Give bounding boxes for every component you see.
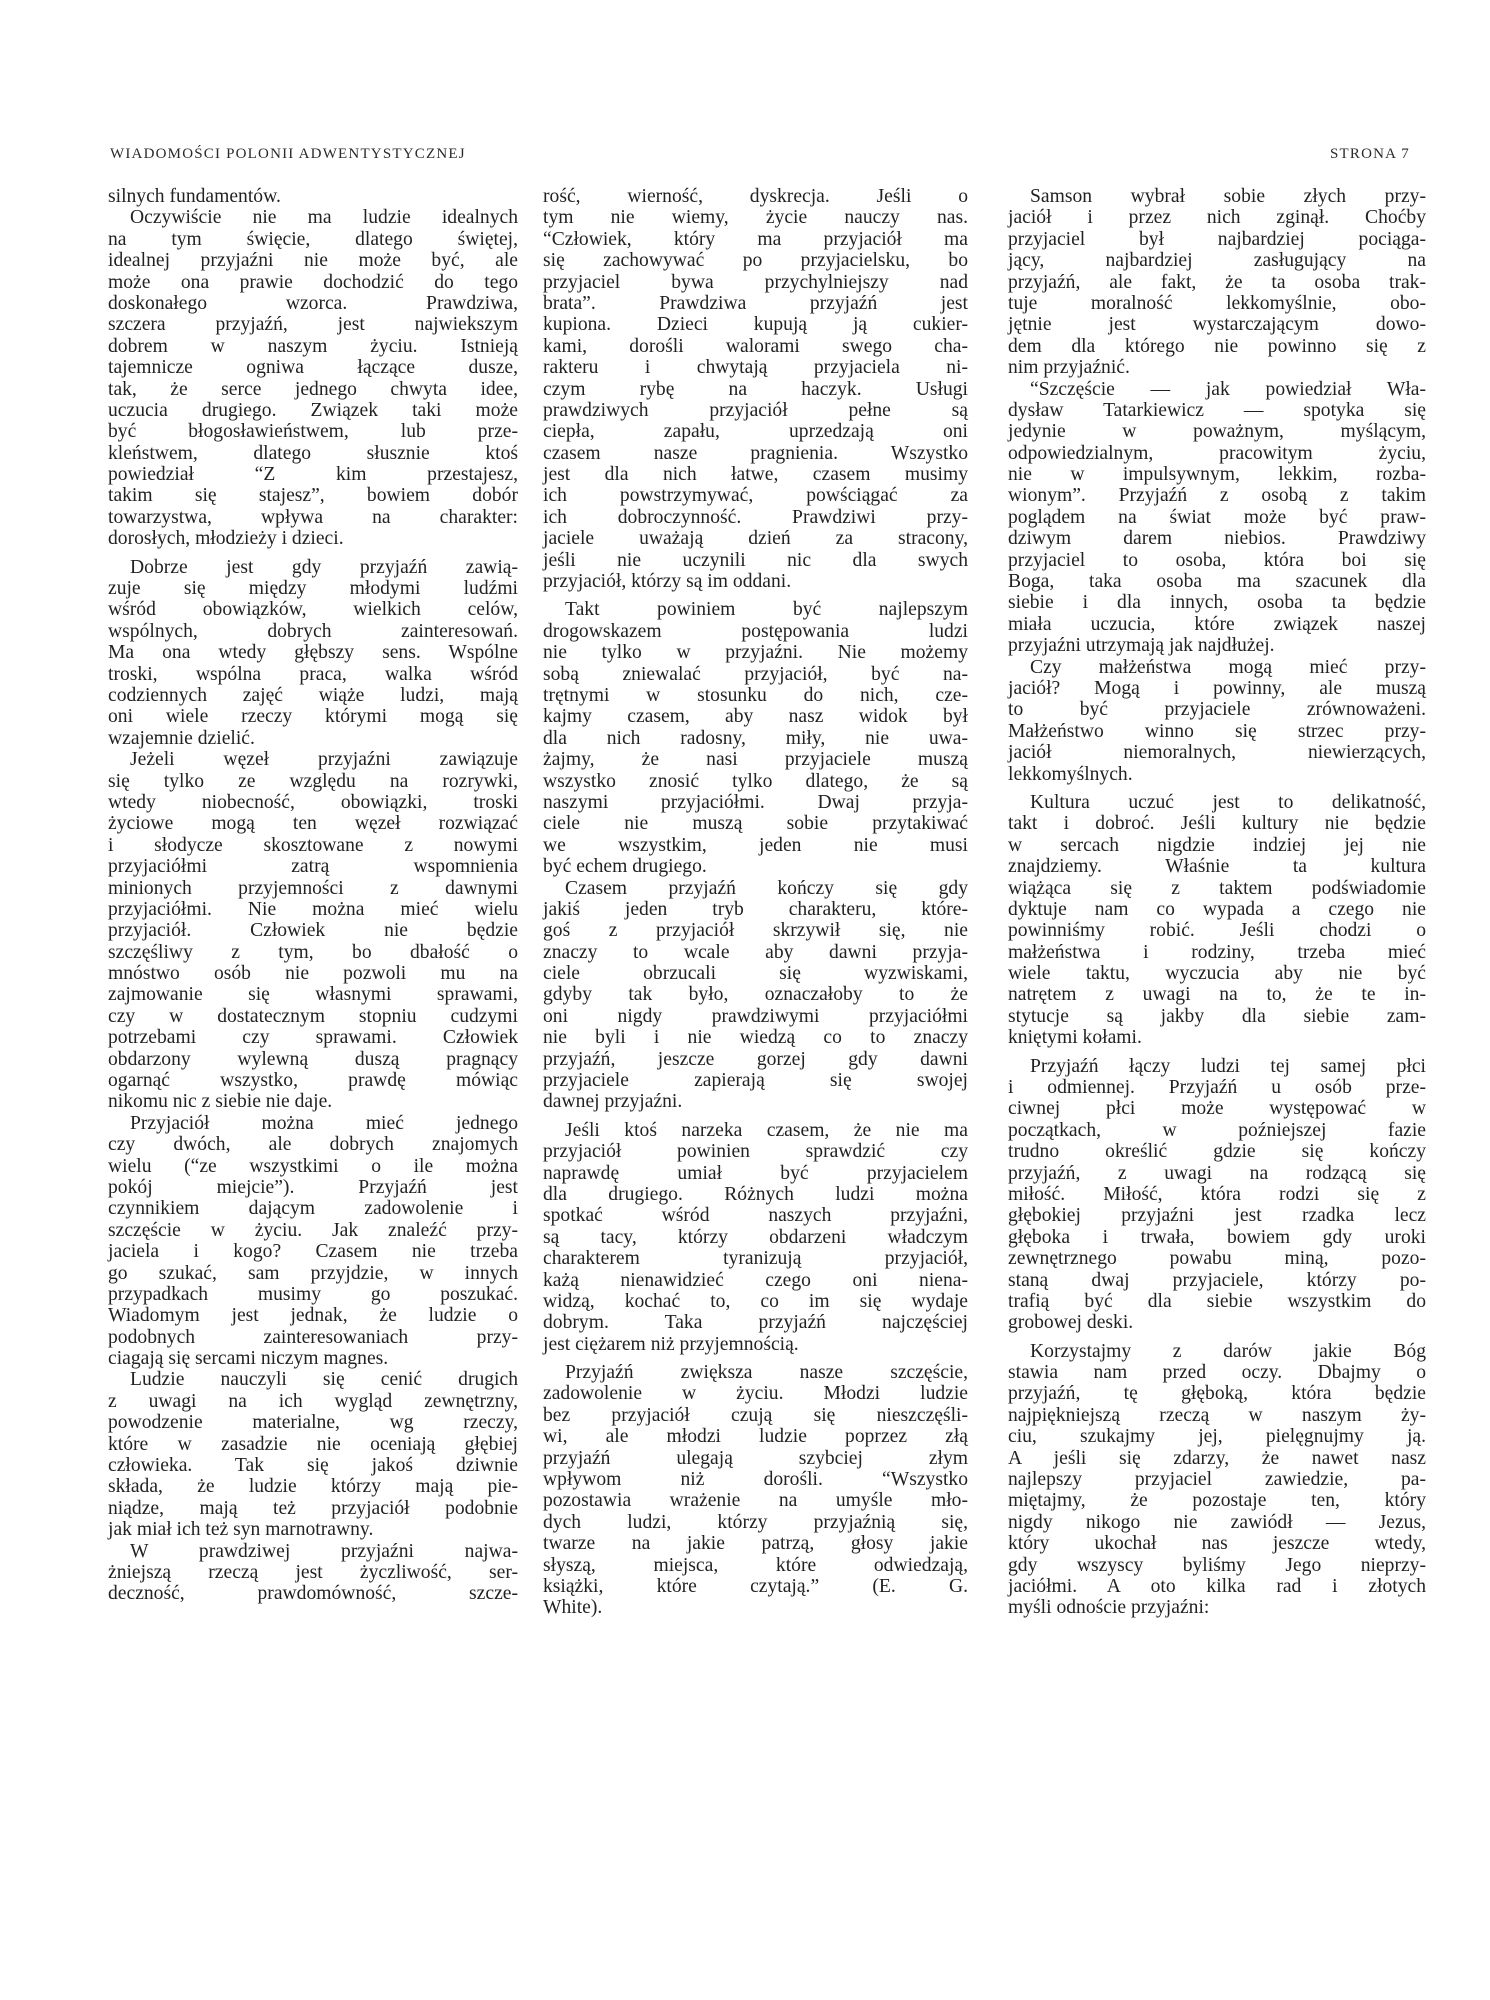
text-line: go szukać, sam przyjdzie, w innych (108, 1263, 518, 1284)
text-line: jest ciężarem niż przyjemnością. (543, 1334, 968, 1355)
text-line: jaciół niemoralnych, niewierzących, (1008, 742, 1426, 763)
text-column-2: rość, wierność, dyskrecja. Jeśli otym ni… (543, 186, 968, 1619)
text-line: dobrym. Taka przyjaźń najczęściej (543, 1312, 968, 1333)
text-line: doskonałego wzorca. Prawdziwa, (108, 293, 518, 314)
text-line: ciele obrzucali się wyzwiskami, (543, 963, 968, 984)
text-line: dysław Tatarkiewicz — spotyka się (1008, 400, 1426, 421)
text-line: odpowiedzialnym, pracowitym życiu, (1008, 443, 1426, 464)
text-line: jest dla nich łatwe, czasem musimy (543, 464, 968, 485)
text-line: przyjaźń, z uwagi na rodzącą się (1008, 1163, 1426, 1184)
text-line: widzą, kochać to, co im się wydaje (543, 1291, 968, 1312)
text-line: ich dobroczynność. Prawdziwi przy- (543, 507, 968, 528)
paragraph-first-line: Oczywiście nie ma ludzie idealnych (108, 207, 518, 228)
text-line: dla nich radosny, miły, nie uwa- (543, 728, 968, 749)
text-line: przyjaźni utrzymają jak najdłużej. (1008, 635, 1426, 656)
text-line: stytucje są jakby dla siebie zam- (1008, 1006, 1426, 1027)
text-line: takim się stajesz”, bowiem dobór (108, 485, 518, 506)
text-line: szczera przyjaźń, jest najwiekszym (108, 314, 518, 335)
text-line: przyjaciół powinien sprawdzić czy (543, 1141, 968, 1162)
text-line: trudno określić gdzie się kończy (1008, 1141, 1426, 1162)
text-line: trafią być dla siebie wszystkim do (1008, 1291, 1426, 1312)
text-line: gdy wszyscy byliśmy Jego nieprzy- (1008, 1555, 1426, 1576)
paragraph-first-line: W prawdziwej przyjaźni najwa- (108, 1541, 518, 1562)
text-line: pokój miejcie”). Przyjaźń jest (108, 1177, 518, 1198)
text-line: jeśli nie uczynili nic dla swych (543, 550, 968, 571)
text-line: kniętymi kołami. (1008, 1027, 1426, 1048)
text-line: jaciół? Mogą i powinny, ale muszą (1008, 678, 1426, 699)
text-line: dziwym darem niebios. Prawdziwy (1008, 528, 1426, 549)
text-line: przyjaciół, którzy są im oddani. (543, 571, 968, 592)
text-line: “Człowiek, który ma przyjaciół ma (543, 229, 968, 250)
text-line: goś z przyjaciół skrzywił się, nie (543, 920, 968, 941)
text-line: nikomu nic z siebie nie daje. (108, 1091, 518, 1112)
text-line: najpiękniejszą rzeczą w naszym ży- (1008, 1405, 1426, 1426)
text-line: być echem drugiego. (543, 856, 968, 877)
text-line: powinniśmy robić. Jeśli chodzi o (1008, 920, 1426, 941)
text-line: przypadkach musimy go poszukać. (108, 1284, 518, 1305)
text-line: powiedział “Z kim przestajesz, (108, 464, 518, 485)
text-line: głębokiej przyjaźni jest rzadka lecz (1008, 1205, 1426, 1226)
text-line: ich powstrzymywać, powściągać za (543, 485, 968, 506)
text-line: jaciele uważają dzień za stracony, (543, 528, 968, 549)
text-column-3: Samson wybrał sobie złych przy-jaciół i … (1008, 186, 1426, 1619)
text-line: książki, które czytają.” (E. G. (543, 1576, 968, 1597)
text-line: szczęśliwy z tym, bo dbałość o (108, 942, 518, 963)
text-line: Małżeństwo winno się strzec przy- (1008, 721, 1426, 742)
text-line: nim przyjaźnić. (1008, 357, 1426, 378)
text-line: podobnych zainteresowaniach przy- (108, 1327, 518, 1348)
text-line: dyktuje nam co wypada a czego nie (1008, 899, 1426, 920)
text-line: prawdziwych przyjaciół pełne są (543, 400, 968, 421)
text-line: oni nigdy prawdziwymi przyjaciółmi (543, 1006, 968, 1027)
text-line: dla drugiego. Różnych ludzi można (543, 1184, 968, 1205)
paragraph-first-line: Dobrze jest gdy przyjaźń zawią- (108, 557, 518, 578)
text-line: troski, wspólna praca, walka wśród (108, 664, 518, 685)
paragraph-first-line: Kultura uczuć jest to delikatność, (1008, 792, 1426, 813)
text-line: zuje się między młodymi ludźmi (108, 578, 518, 599)
text-line: jakiś jeden tryb charakteru, które- (543, 899, 968, 920)
text-line: najlepszy przyjaciel zawiedzie, pa- (1008, 1469, 1426, 1490)
text-line: małżeństwa i rodziny, trzeba mieć (1008, 942, 1426, 963)
text-line: we wszystkim, jeden nie musi (543, 835, 968, 856)
paragraph-first-line: Przyjaciół można mieć jednego (108, 1113, 518, 1134)
text-line: codziennych zajęć wiąże ludzi, mają (108, 685, 518, 706)
text-line: ciwnej płci może występować w (1008, 1098, 1426, 1119)
text-line: tajemnicze ogniwa łączące dusze, (108, 357, 518, 378)
text-line: niądze, mają też przyjaciół podobnie (108, 1498, 518, 1519)
text-line: każą nienawidzieć czego oni niena- (543, 1270, 968, 1291)
text-line: czy w dostatecznym stopniu cudzymi (108, 1006, 518, 1027)
text-line: to być przyjaciele zrównoważeni. (1008, 699, 1426, 720)
text-line: wielu (“ze wszystkimi o ile można (108, 1156, 518, 1177)
text-line: początkach, w poźniejszej fazie (1008, 1120, 1426, 1141)
text-line: wionym”. Przyjaźń z osobą z takim (1008, 485, 1426, 506)
text-line: przyjaciół. Człowiek nie będzie (108, 920, 518, 941)
text-line: naprawdę umiał być przyjacielem (543, 1163, 968, 1184)
text-line: wpływom niż dorośli. “Wszystko (543, 1469, 968, 1490)
text-line: jedynie w poważnym, myślącym, (1008, 421, 1426, 442)
text-line: czy dwóch, ale dobrych znajomych (108, 1134, 518, 1155)
paragraph-first-line: Czasem przyjaźń kończy się gdy (543, 878, 968, 899)
text-line: deczność, prawdomówność, szcze- (108, 1583, 518, 1604)
text-line: minionych przyjemności z dawnymi (108, 878, 518, 899)
text-line: przyjaciel bywa przychylniejszy nad (543, 272, 968, 293)
text-line: dorosłych, młodzieży i dzieci. (108, 528, 518, 549)
text-line: żajmy, że nasi przyjaciele muszą (543, 749, 968, 770)
text-line: na tym święcie, dlatego świętej, (108, 229, 518, 250)
text-line: nie w impulsywnym, lekkim, rozba- (1008, 464, 1426, 485)
text-line: wzajemnie dzielić. (108, 728, 518, 749)
text-line: z uwagi na ich wygląd zewnętrzny, (108, 1391, 518, 1412)
text-line: staną dwaj przyjaciele, którzy po- (1008, 1270, 1426, 1291)
text-line: obdarzony wylewną duszą pragnący (108, 1049, 518, 1070)
text-line: oni wiele rzeczy którymi mogą się (108, 706, 518, 727)
text-line: dawnej przyjaźni. (543, 1091, 968, 1112)
text-line: w sercach nigdzie indziej jej nie (1008, 835, 1426, 856)
text-line: natrętem z uwagi na to, że te in- (1008, 984, 1426, 1005)
text-line: ciepła, zapału, uprzedzają oni (543, 421, 968, 442)
text-line: silnych fundamentów. (108, 186, 518, 207)
text-line: miała uczucia, które związek naszej (1008, 614, 1426, 635)
text-line: Boga, taka osoba ma szacunek dla (1008, 571, 1426, 592)
text-line: jętnie jest wystarczającym dowo- (1008, 314, 1426, 335)
text-line: bez przyjaciół czują się nieszczęśli- (543, 1405, 968, 1426)
text-line: zewnętrznego powabu miną, pozo- (1008, 1248, 1426, 1269)
text-line: trętnymi w stosunku do nich, cze- (543, 685, 968, 706)
text-line: być błogosławieństwem, lub prze- (108, 421, 518, 442)
text-line: czynnikiem dającym zadowolenie i (108, 1198, 518, 1219)
text-line: grobowej deski. (1008, 1312, 1426, 1333)
text-line: A jeśli się zdarzy, że nawet nasz (1008, 1448, 1426, 1469)
text-line: może ona prawie dochodzić do tego (108, 272, 518, 293)
text-line: wiążąca się z taktem podświadomie (1008, 878, 1426, 899)
page-number: STRONA 7 (1330, 146, 1410, 163)
text-line: są tacy, którzy obdarzeni władczym (543, 1227, 968, 1248)
text-line: się tylko ze względu na rozrywki, (108, 771, 518, 792)
text-line: dobrem w naszym życiu. Istnieją (108, 336, 518, 357)
text-line: ciu, szukajmy jej, pielęgnujmy ją. (1008, 1426, 1426, 1447)
text-line: żniejszą rzeczą jest życzliwość, ser- (108, 1562, 518, 1583)
publication-title: WIADOMOŚCI POLONII ADWENTYSTYCZNEJ (110, 146, 466, 163)
paragraph-first-line: Samson wybrał sobie złych przy- (1008, 186, 1426, 207)
paragraph-first-line: Ludzie nauczyli się cenić drugich (108, 1369, 518, 1390)
text-line: spotkać wśród naszych przyjaźni, (543, 1205, 968, 1226)
text-line: wspólnych, dobrych zainteresowań. (108, 621, 518, 642)
text-line: brata”. Prawdziwa przyjaźń jest (543, 293, 968, 314)
text-line: lekkomyślnych. (1008, 764, 1426, 785)
text-line: ciele nie muszą sobie przytakiwać (543, 813, 968, 834)
text-line: uczucia drugiego. Związek taki może (108, 400, 518, 421)
paragraph-first-line: Przyjaźń łączy ludzi tej samej płci (1008, 1056, 1426, 1077)
text-line: mnóstwo osób nie pozwoli mu na (108, 963, 518, 984)
text-line: przyjaciele zapierają się swojej (543, 1070, 968, 1091)
text-line: dem dla którego nie powinno się z (1008, 336, 1426, 357)
text-line: ciagają się sercami niczym magnes. (108, 1348, 518, 1369)
text-line: wi, ale młodzi ludzie poprzez złą (543, 1426, 968, 1447)
text-line: nie tylko w przyjaźni. Nie możemy (543, 642, 968, 663)
text-line: głęboka i trwała, bowiem gdy uroki (1008, 1227, 1426, 1248)
text-line: drogowskazem postępowania ludzi (543, 621, 968, 642)
paragraph-first-line: Czy małżeństwa mogą mieć przy- (1008, 657, 1426, 678)
text-line: stawia nam przed oczy. Dbajmy o (1008, 1362, 1426, 1383)
text-line: składa, że ludzie którzy mają pie- (108, 1476, 518, 1497)
running-header: WIADOMOŚCI POLONII ADWENTYSTYCZNEJ STRON… (110, 146, 1410, 163)
text-line: kleństwem, dlatego słusznie ktoś (108, 443, 518, 464)
paragraph-first-line: Korzystajmy z darów jakie Bóg (1008, 1341, 1426, 1362)
text-line: tuje moralność lekkomyślnie, obo- (1008, 293, 1426, 314)
magazine-page: WIADOMOŚCI POLONII ADWENTYSTYCZNEJ STRON… (0, 0, 1490, 2000)
text-line: przyjaciel to osoba, która boi się (1008, 550, 1426, 571)
text-line: życiowe mogą ten węzeł rozwiązać (108, 813, 518, 834)
text-line: wiele taktu, wyczucia aby nie być (1008, 963, 1426, 984)
text-line: wtedy niobecność, obowiązki, troski (108, 792, 518, 813)
text-line: jaciółmi. A oto kilka rad i złotych (1008, 1576, 1426, 1597)
text-line: który ukochał nas jeszcze wtedy, (1008, 1533, 1426, 1554)
text-line: czasem nasze pragnienia. Wszystko (543, 443, 968, 464)
text-line: siebie i dla innych, osoba ta będzie (1008, 592, 1426, 613)
text-line: przyjaciółmi zatrą wspomnienia (108, 856, 518, 877)
text-line: przyjaźń, tę głęboką, która będzie (1008, 1383, 1426, 1404)
text-line: myśli odnoście przyjaźni: (1008, 1597, 1426, 1618)
text-line: kupiona. Dzieci kupują ją cukier- (543, 314, 968, 335)
text-line: które w zasadzie nie oceniają głębiej (108, 1434, 518, 1455)
text-line: poglądem na świat może być praw- (1008, 507, 1426, 528)
text-line: sobą zniewalać przyjaciół, być na- (543, 664, 968, 685)
text-line: powodzenie materialne, wg rzeczy, (108, 1412, 518, 1433)
paragraph-first-line: Przyjaźń zwiększa nasze szczęście, (543, 1362, 968, 1383)
text-line: słyszą, miejsca, które odwiedzają, (543, 1555, 968, 1576)
text-line: idealnej przyjaźni nie może być, ale (108, 250, 518, 271)
paragraph-first-line: “Szczęście — jak powiedział Wła- (1008, 379, 1426, 400)
paragraph-first-line: Takt powiniem być najlepszym (543, 599, 968, 620)
paragraph-first-line: Jeśli ktoś narzeka czasem, że nie ma (543, 1120, 968, 1141)
text-line: jący, najbardziej zasługujący na (1008, 250, 1426, 271)
paragraph-first-line: Jeżeli węzeł przyjaźni zawiązuje (108, 749, 518, 770)
text-line: szczęście w życiu. Jak znaleźć przy- (108, 1220, 518, 1241)
text-line: przyjaciel był najbardziej pociąga- (1008, 229, 1426, 250)
text-line: wszystko znosić tylko dlatego, że są (543, 771, 968, 792)
text-line: przyjaciółmi. Nie można mieć wielu (108, 899, 518, 920)
text-line: się zachowywać po przyjacielsku, bo (543, 250, 968, 271)
text-line: takt i dobroć. Jeśli kultury nie będzie (1008, 813, 1426, 834)
text-column-1: silnych fundamentów.Oczywiście nie ma lu… (108, 186, 518, 1605)
text-line: kajmy czasem, aby nasz widok był (543, 706, 968, 727)
text-line: jaciół i przez nich zginął. Choćby (1008, 207, 1426, 228)
text-line: jak miał ich też syn marnotrawny. (108, 1519, 518, 1540)
text-line: czym rybę na haczyk. Usługi (543, 379, 968, 400)
text-line: zadowolenie w życiu. Młodzi ludzie (543, 1383, 968, 1404)
text-line: wśród obowiązków, wielkich celów, (108, 599, 518, 620)
text-line: nigdy nikogo nie zawiódł — Jezus, (1008, 1512, 1426, 1533)
text-line: charakterem tyranizują przyjaciół, (543, 1248, 968, 1269)
text-line: tak, że serce jednego chwyta idee, (108, 379, 518, 400)
text-line: Ma ona wtedy głębszy sens. Wspólne (108, 642, 518, 663)
text-line: potrzebami czy sprawami. Człowiek (108, 1027, 518, 1048)
text-line: ogarnąć wszystko, prawdę mówiąc (108, 1070, 518, 1091)
text-line: człowieka. Tak się jakoś dziwnie (108, 1455, 518, 1476)
text-line: towarzystwa, wpływa na charakter: (108, 507, 518, 528)
text-line: kami, dorośli walorami swego cha- (543, 336, 968, 357)
text-line: gdyby tak było, oznaczałoby to że (543, 984, 968, 1005)
text-line: White). (543, 1597, 968, 1618)
text-line: twarze na jakie patrzą, głosy jakie (543, 1533, 968, 1554)
text-line: rakteru i chwytają przyjaciela ni- (543, 357, 968, 378)
text-line: naszymi przyjaciółmi. Dwaj przyja- (543, 792, 968, 813)
text-line: znaczy to wcale aby dawni przyja- (543, 942, 968, 963)
text-line: Wiadomym jest jednak, że ludzie o (108, 1305, 518, 1326)
text-line: miłość. Miłość, która rodzi się z (1008, 1184, 1426, 1205)
text-line: przyjaźń, ale fakt, że ta osoba trak- (1008, 272, 1426, 293)
text-line: i odmiennej. Przyjaźń u osób prze- (1008, 1077, 1426, 1098)
text-line: tym nie wiemy, życie nauczy nas. (543, 207, 968, 228)
text-line: znajdziemy. Właśnie ta kultura (1008, 856, 1426, 877)
text-line: przyjaźń ulegają szybciej złym (543, 1448, 968, 1469)
text-line: dych ludzi, którzy przyjaźnią się, (543, 1512, 968, 1533)
text-line: rość, wierność, dyskrecja. Jeśli o (543, 186, 968, 207)
text-line: jaciela i kogo? Czasem nie trzeba (108, 1241, 518, 1262)
text-line: nie byli i nie wiedzą co to znaczy (543, 1027, 968, 1048)
text-line: miętajmy, że pozostaje ten, który (1008, 1490, 1426, 1511)
text-line: pozostawia wrażenie na umyśle mło- (543, 1490, 968, 1511)
text-line: przyjaźń, jeszcze gorzej gdy dawni (543, 1049, 968, 1070)
text-line: i słodycze skosztowane z nowymi (108, 835, 518, 856)
text-line: zajmowanie się własnymi sprawami, (108, 984, 518, 1005)
